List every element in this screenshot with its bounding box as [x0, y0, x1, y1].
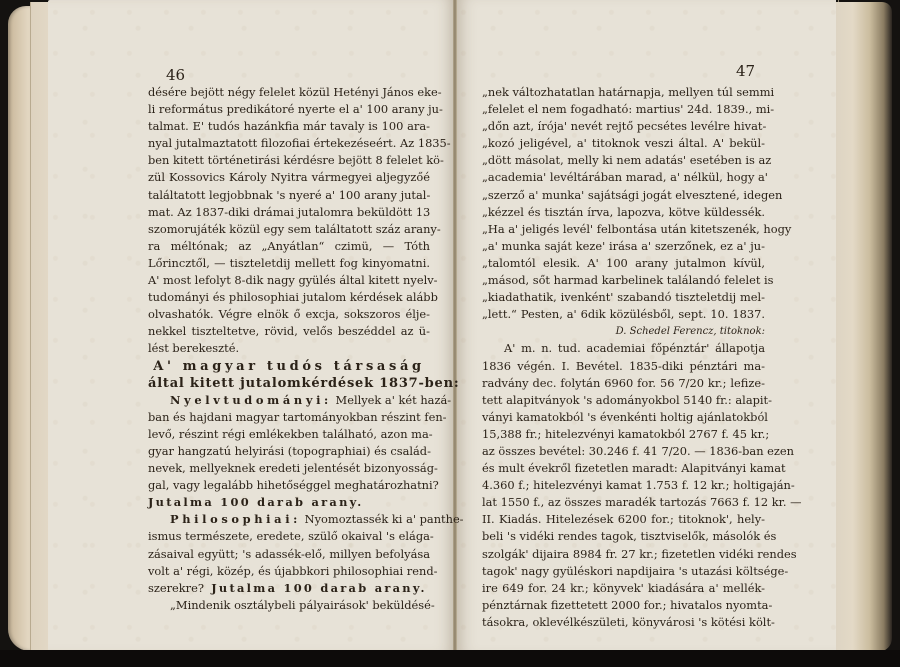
text-line: radvány dec. folytán 6960 for. 56 7/20 k… — [482, 375, 765, 392]
page-number-left: 46 — [166, 66, 185, 84]
text-line: tagok' nagy gyüléskori napdijaira 's uta… — [482, 563, 765, 580]
right-page-stack-edge — [836, 2, 892, 652]
signature: D. Schedel Ferencz, titoknok: — [482, 323, 765, 340]
text-line: „nek változhatatlan határnapja, mellyen … — [482, 84, 765, 101]
text-line: talmat. E' tudós hazánkfia már tavaly is… — [148, 118, 430, 135]
text-line: „Mindenik osztálybeli pályairások' bekül… — [148, 597, 430, 614]
background-shadow — [0, 650, 900, 667]
text-line: „dött másolat, melly ki nem adatás' eset… — [482, 152, 765, 169]
text-line: „academia' levéltárában marad, a' nélkül… — [482, 169, 765, 186]
book-spread: 46 désére bejött négy felelet közül Heté… — [0, 0, 900, 667]
text-line: „talomtól elesik. A' 100 arany jutalmon … — [482, 255, 765, 272]
text-line: szolgák' dijaira 8984 fr. 27 kr.; fizete… — [482, 546, 765, 563]
text-line: „kézzel és tisztán írva, lapozva, kötve … — [482, 204, 765, 221]
text-line: ban és hajdani magyar tartományokban rés… — [148, 409, 430, 426]
right-page-text: „nek változhatatlan határnapja, mellyen … — [482, 84, 765, 631]
section-label-philosophiai: Philosophiai: — [170, 512, 301, 526]
text-line: zül Kossovics Károly Nyitra vármegyei al… — [148, 169, 430, 186]
section-label-nyelvtudomanyi: Nyelvtudományi: — [170, 393, 332, 407]
page-number-right: 47 — [736, 62, 755, 80]
text-line: nevek, mellyeknek eredeti jelentését biz… — [148, 460, 430, 477]
text-line: ra méltónak; az „Anyátlan“ czimü, — Tóth — [148, 238, 430, 255]
text-line: Lőrincztől, — tiszteletdij mellett fog k… — [148, 255, 430, 272]
prize-line: Jutalma 100 darab arany. — [148, 494, 430, 511]
text-line: II. Kiadás. Hitelezések 6200 for.; titok… — [482, 511, 765, 528]
text-line: gyar hangzatú helyirási (topographiai) é… — [148, 443, 430, 460]
left-page-text: désére bejött négy felelet közül Hetényi… — [148, 84, 430, 614]
text-line: gal, vagy legalább hihetőséggel meghatár… — [148, 477, 430, 494]
text-line: ismus természete, eredete, szülő okaival… — [148, 528, 430, 545]
text-line: olvashatók. Végre elnök ő excja, sokszor… — [148, 306, 430, 323]
text-line: lat 1550 f., az összes maradék tartozás … — [482, 494, 765, 511]
section-heading-2: által kitett jutalomkérdések 1837-ben: — [148, 375, 430, 392]
text-line: levő, részint régi emlékekben található,… — [148, 426, 430, 443]
text-line: szomorujáték közül egy sem találtatott s… — [148, 221, 430, 238]
book-gutter — [453, 0, 457, 652]
text-line: désére bejött négy felelet közül Hetényi… — [148, 84, 430, 101]
text-line: mat. Az 1837-diki drámai jutalomra bekül… — [148, 204, 430, 221]
text-line: „Ha a' jeligés levél' felbontása után ki… — [482, 221, 765, 238]
text-line: nekkel tiszteltetve, rövid, velős beszéd… — [148, 323, 430, 340]
text-line: nyal jutalmaztatott filozofiai értekezés… — [148, 135, 430, 152]
text-line: pénztárnak fizettetett 2000 for.; hivata… — [482, 597, 765, 614]
text-line: „a' munka saját keze' irása a' szerzőnek… — [482, 238, 765, 255]
prize-line: szerekre? Jutalma 100 darab arany. — [148, 580, 430, 597]
text-line: ire 649 for. 24 kr.; könyvek' kiadására … — [482, 580, 765, 597]
text-line: tett alapitványok 's adományokbol 5140 f… — [482, 392, 765, 409]
text-line: li református predikátoré nyerte el a' 1… — [148, 101, 430, 118]
text-line: 15,388 fr.; hitelezvényi kamatokból 2767… — [482, 426, 765, 443]
text-line: „szerző a' munka' sajátsági jogát elvesz… — [482, 187, 765, 204]
text-line: „dőn azt, írója' nevét rejtő pecsétes le… — [482, 118, 765, 135]
text-line: 1836 végén. I. Bevétel. 1835-diki pénztá… — [482, 358, 765, 375]
text-line: „másod, sőt harmad karbelinek találandó … — [482, 272, 765, 289]
text-line: „kozó jeligével, a' titoknok veszi által… — [482, 135, 765, 152]
text-line: „felelet el nem fogadható: martius' 24d.… — [482, 101, 765, 118]
text-line: A' most lefolyt 8-dik nagy gyülés által … — [148, 272, 430, 289]
text-line: lést berekeszté. — [148, 340, 430, 357]
section-heading-1: A' magyar tudós társaság — [148, 358, 430, 375]
text-line: az összes bevétel: 30.246 f. 41 7/20. — … — [482, 443, 765, 460]
text-line: ványi kamatokból 's évenkénti holtig ajá… — [482, 409, 765, 426]
text-line: „kiadathatik, ivenként' szabandó tisztel… — [482, 289, 765, 306]
text-line: tudományi és philosophiai jutalom kérdés… — [148, 289, 430, 306]
text-line: találtatott legjobbnak 's nyeré a' 100 a… — [148, 187, 430, 204]
text-line: „lett.“ Pesten, a' 6dik közülésből, sept… — [482, 306, 765, 323]
text-line: zásaival együtt; 's adassék-elő, millyen… — [148, 546, 430, 563]
text-line: tásokra, oklevélkészületi, könyvárosi 's… — [482, 614, 765, 631]
text-line: volt a' régi, közép, és újabbkori philos… — [148, 563, 430, 580]
text-line: A' m. n. tud. academiai főpénztár' állap… — [482, 340, 765, 357]
text-line: Philosophiai: Nyomoztassék ki a' panthe- — [148, 511, 430, 528]
text-line: 4.360 f.; hitelezvényi kamat 1.753 f. 12… — [482, 477, 765, 494]
text-line: beli 's vidéki rendes tagok, tisztviselő… — [482, 528, 765, 545]
text-line: ben kitett történetirási kérdésre bejött… — [148, 152, 430, 169]
text-line: Nyelvtudományi: Mellyek a' két hazá- — [148, 392, 430, 409]
text-line: és mult évekről fizetetlen maradt: Alapi… — [482, 460, 765, 477]
